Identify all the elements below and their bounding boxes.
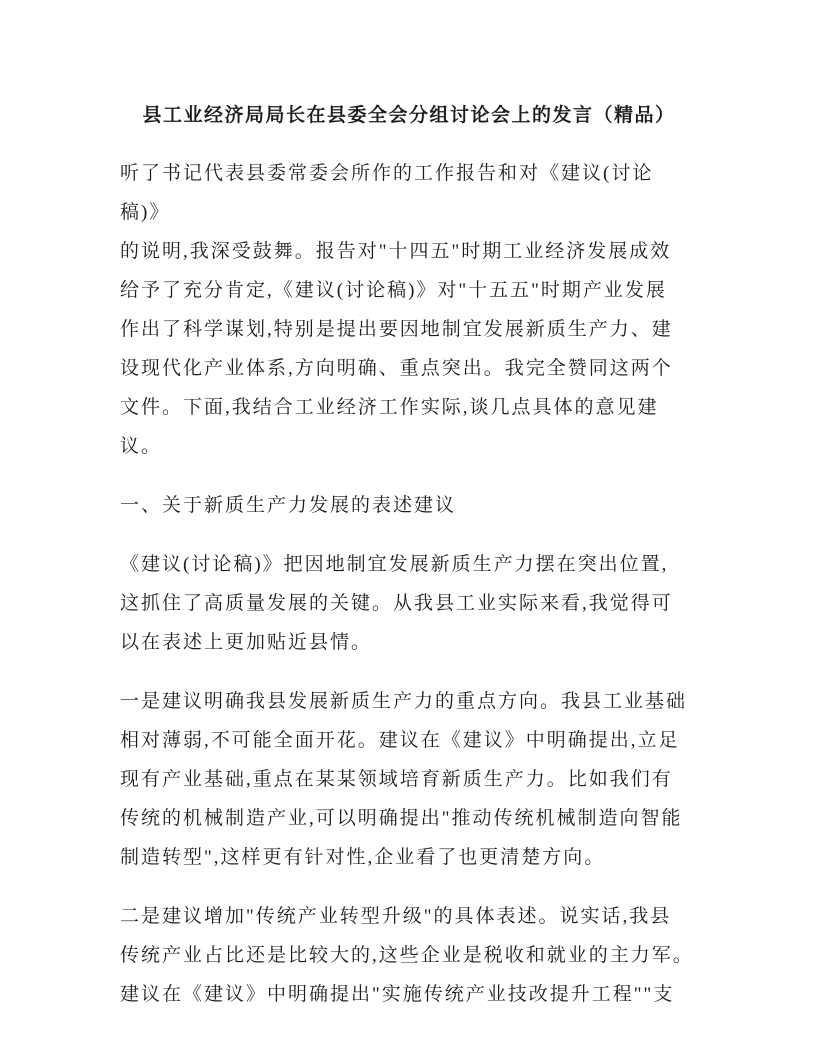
paragraph-point-1: 一是建议明确我县发展新质生产力的重点方向。我县工业基础 相对薄弱,不可能全面开花… [120, 682, 698, 877]
document-title: 县工业经济局局长在县委全会分组讨论会上的发言（精品） [120, 100, 698, 132]
paragraph-point-2: 二是建议增加"传统产业转型升级"的具体表述。说实话,我县 传统产业占比还是比较大… [120, 897, 698, 1014]
paragraph-section1-lead: 《建议(讨论稿)》把因地制宜发展新质生产力摆在突出位置, 这抓住了高质量发展的关… [120, 545, 698, 662]
paragraph-intro: 听了书记代表县委常委会所作的工作报告和对《建议(讨论稿)》 的说明,我深受鼓舞。… [120, 154, 698, 466]
section-heading-1: 一、关于新质生产力发展的表述建议 [120, 486, 698, 525]
document-body: 听了书记代表县委常委会所作的工作报告和对《建议(讨论稿)》 的说明,我深受鼓舞。… [120, 154, 698, 1014]
document-page: 县工业经济局局长在县委全会分组讨论会上的发言（精品） 听了书记代表县委常委会所作… [0, 0, 816, 1056]
